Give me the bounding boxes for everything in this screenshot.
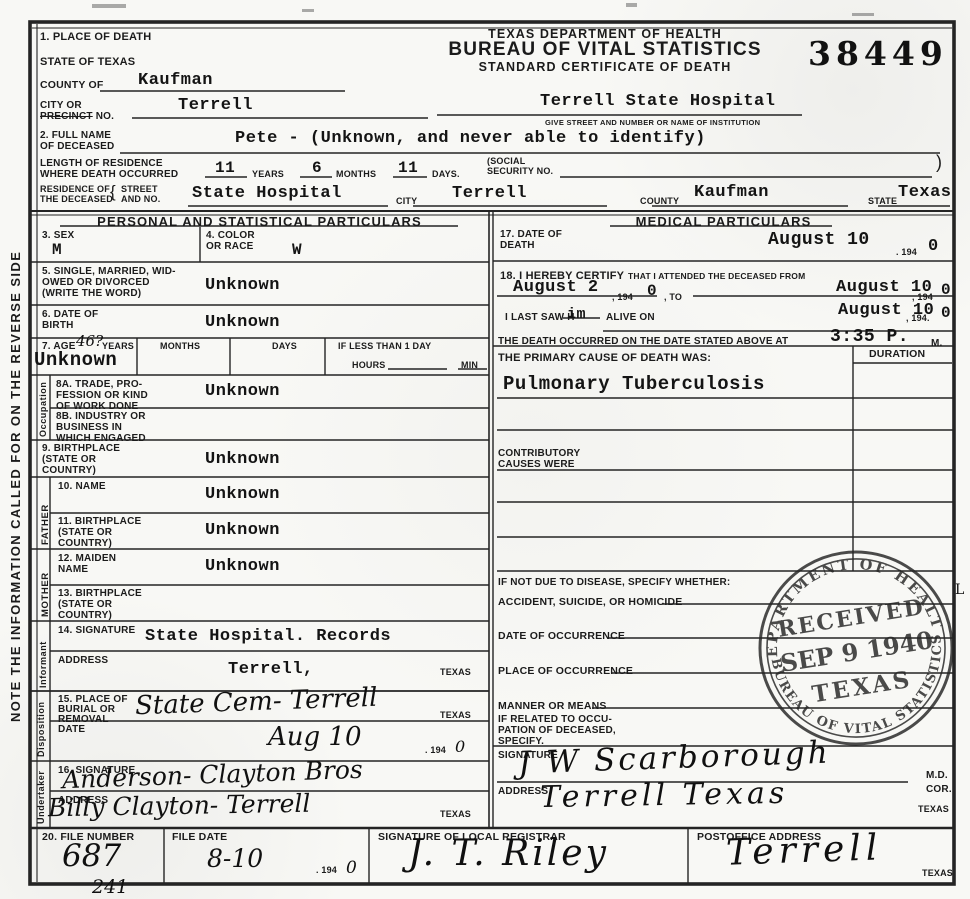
institution-value: Terrell State Hospital — [540, 92, 775, 111]
cor-label: COR. — [926, 784, 952, 795]
age-days-label: DAYS — [272, 341, 297, 351]
place-of-death-label: 1. PLACE OF DEATH — [40, 31, 151, 43]
dob-value: Unknown — [205, 313, 280, 332]
birthplace-label1: 9. BIRTHPLACE — [42, 443, 120, 454]
county2-value: Kaufman — [694, 183, 769, 202]
color-label2: OR RACE — [206, 241, 254, 252]
ssn-label1: (SOCIAL — [487, 156, 525, 166]
sex-value: M — [52, 241, 62, 259]
contributory-label1: CONTRIBUTORY — [498, 448, 580, 459]
mother-bp-label1: 13. BIRTHPLACE — [58, 588, 142, 599]
age-value: Unknown — [34, 349, 117, 371]
address14-label: ADDRESS — [58, 655, 108, 666]
residence-of-label2: THE DECEASED — [40, 194, 113, 204]
signature14-value: State Hospital. Records — [145, 627, 391, 646]
mother-name-value: Unknown — [205, 557, 280, 576]
informant-side-label: Informant — [38, 641, 48, 688]
attended-from-year-printed: , 194 — [612, 292, 633, 302]
date15-value: Aug 10 — [268, 722, 362, 752]
dod-label1: 17. DATE OF — [500, 229, 562, 240]
disposition-side-label: Disposition — [36, 701, 46, 757]
mother-bp-label3: COUNTRY) — [58, 610, 112, 621]
contributory-label2: CAUSES WERE — [498, 459, 575, 470]
residence-of-label1: RESIDENCE OF — [40, 184, 110, 194]
mother-side-label: MOTHER — [40, 572, 51, 617]
primary-cause-label: THE PRIMARY CAUSE OF DEATH WAS: — [498, 352, 711, 364]
address16-value: Billy Clayton- Terrell — [48, 789, 311, 823]
precinct-no-label: PRECINCT NO. — [40, 111, 114, 122]
certify-label-small: THAT I ATTENDED THE DECEASED FROM — [628, 272, 805, 282]
county2-label: COUNTY — [640, 196, 679, 206]
marital-label3: (WRITE THE WORD) — [42, 288, 141, 299]
precinct-rest: NO. — [96, 111, 114, 122]
death-certificate-scan: NOTE THE INFORMATION CALLED FOR ON THE R… — [0, 0, 970, 899]
attended-to-year-typed: 0 — [941, 281, 951, 299]
file-number-value: 687 — [62, 838, 121, 874]
father-name-label: 10. NAME — [58, 481, 106, 492]
city-value: Terrell — [178, 96, 253, 115]
job-label2: FESSION OR KIND — [56, 390, 148, 401]
postoffice-state-label: TEXAS — [922, 868, 953, 878]
months-label: MONTHS — [336, 169, 376, 179]
file-date-year-printed: . 194 — [316, 865, 337, 875]
father-bp-label1: 11. BIRTHPLACE — [58, 516, 141, 527]
accident-label: ACCIDENT, SUICIDE, OR HOMICIDE — [498, 597, 683, 609]
lastsaw-label1: I LAST SAW H — [505, 312, 575, 323]
date15-label: DATE — [58, 724, 85, 735]
street-label1: STREET — [121, 184, 158, 194]
received-stamp: DEPARTMENT OF HEALTH BUREAU OF VITAL STA… — [735, 528, 970, 769]
institution-hint: GIVE STREET AND NUMBER OR NAME OF INSTIT… — [545, 119, 760, 127]
file-date-label: FILE DATE — [172, 832, 227, 844]
days-label: DAYS. — [432, 169, 460, 179]
father-bp-label2: (STATE OR — [58, 527, 112, 538]
industry-label2: BUSINESS IN — [56, 422, 122, 433]
job-value: Unknown — [205, 382, 280, 401]
personal-section-title: PERSONAL AND STATISTICAL PARTICULARS — [30, 214, 489, 229]
years-value: 11 — [215, 159, 235, 177]
city-or-label: CITY OR — [40, 100, 82, 111]
medical-section-title: MEDICAL PARTICULARS — [493, 214, 954, 229]
date-occurrence-label: DATE OF OCCURRENCE — [498, 631, 625, 643]
marital-label2: OWED OR DIVORCED — [42, 277, 150, 288]
age-months-label: MONTHS — [160, 341, 200, 351]
street-value: State Hospital — [192, 184, 342, 203]
county-label: COUNTY OF — [40, 80, 103, 92]
related-label2: PATION OF DECEASED, — [498, 725, 616, 736]
marital-value: Unknown — [205, 276, 280, 295]
manner-means-label: MANNER OR MEANS — [498, 701, 607, 713]
bureau-title: BUREAU OF VITAL STATISTICS — [430, 39, 780, 61]
years-label: YEARS — [252, 169, 284, 179]
address14-value: Terrell, — [228, 660, 314, 679]
fullname-label1: 2. FULL NAME — [40, 130, 111, 141]
attended-to-label: , TO — [664, 292, 682, 302]
dod-label2: DEATH — [500, 240, 535, 251]
address14-state-label: TEXAS — [440, 667, 471, 677]
birthplace-value: Unknown — [205, 450, 280, 469]
signature14-label: 14. SIGNATURE — [58, 625, 135, 636]
color-value: W — [292, 241, 302, 259]
sex-label: 3. SEX — [42, 230, 74, 241]
place-occurrence-label: PLACE OF OCCURRENCE — [498, 666, 633, 678]
stray-mark-bottom-left: 241 — [92, 876, 128, 898]
attended-from-value: August 2 — [513, 278, 599, 297]
city2-label: CITY — [396, 196, 417, 206]
age-less-label: IF LESS THAN 1 DAY — [338, 341, 431, 351]
birthplace-label2: (STATE OR — [42, 454, 96, 465]
file-date-year-hand: 0 — [346, 858, 357, 878]
duration-label: DURATION — [869, 349, 925, 361]
state2-value: Texas — [898, 183, 952, 202]
date15-year-hand: 0 — [455, 737, 465, 756]
months-value: 6 — [312, 159, 322, 177]
dod-value: August 10 — [768, 230, 870, 250]
birthplace-label3: COUNTRY) — [42, 465, 96, 476]
age-handwritten-value: 46? — [76, 332, 103, 350]
address16-state-label: TEXAS — [440, 809, 471, 819]
residence-length-label1: LENGTH OF RESIDENCE — [40, 158, 163, 169]
stray-mark-right: L — [955, 582, 964, 598]
mother-name-label1: 12. MAIDEN — [58, 553, 116, 564]
dod-year-typed: 0 — [928, 237, 939, 256]
burial-state-label: TEXAS — [440, 710, 471, 720]
mother-name-label2: NAME — [58, 564, 88, 575]
registrar-signature-value: J. T. Riley — [408, 833, 609, 874]
father-side-label: FATHER — [40, 504, 51, 545]
father-bp-label3: COUNTRY) — [58, 538, 112, 549]
certificate-number: 38449 — [808, 34, 948, 73]
postoffice-value: Terrell — [725, 827, 883, 873]
margin-note: NOTE THE INFORMATION CALLED FOR ON THE R… — [8, 251, 23, 722]
street-label2: AND NO. — [121, 194, 160, 204]
dob-label2: BIRTH — [42, 320, 74, 331]
standard-title: STANDARD CERTIFICATE OF DEATH — [430, 60, 780, 74]
lastsaw-year-printed: , 194. — [906, 313, 930, 323]
residence-length-label2: WHERE DEATH OCCURRED — [40, 169, 178, 180]
mother-bp-label2: (STATE OR — [58, 599, 112, 610]
meridiem-label: M. — [931, 338, 943, 349]
age-min-label: MIN — [461, 360, 478, 370]
time-of-death-value: 3:35 P. — [830, 327, 909, 347]
county-value: Kaufman — [138, 71, 213, 90]
primary-cause-value: Pulmonary Tuberculosis — [503, 373, 765, 395]
lastsaw-year-typed: 0 — [941, 304, 951, 322]
state-of-texas-label: STATE OF TEXAS — [40, 56, 135, 68]
lastsaw-label2: ALIVE ON — [606, 312, 655, 323]
state2-label: STATE — [868, 196, 897, 206]
date15-year-printed: . 194 — [425, 745, 446, 755]
fullname-value: Pete - (Unknown, and never able to ident… — [235, 129, 706, 148]
md-label: M.D. — [926, 770, 948, 781]
dod-year-printed: . 194 — [896, 247, 917, 257]
undertaker-side-label: Undertaker — [36, 770, 46, 824]
marital-label1: 5. SINGLE, MARRIED, WID- — [42, 266, 176, 277]
age-hours-label: HOURS — [352, 360, 386, 370]
days-value: 11 — [398, 159, 418, 177]
death-occurred-label: THE DEATH OCCURRED ON THE DATE STATED AB… — [498, 336, 788, 347]
physician-address-value: Terrell Texas — [540, 776, 789, 815]
occupation-side-label: Occupation — [38, 381, 48, 437]
related-label1: IF RELATED TO OCCU- — [498, 714, 612, 725]
if-not-disease-label: IF NOT DUE TO DISEASE, SPECIFY WHETHER: — [498, 577, 730, 588]
file-date-value: 8-10 — [207, 844, 263, 873]
ssn-label2: SECURITY NO. — [487, 166, 553, 176]
father-name-value: Unknown — [205, 485, 280, 504]
job-label1: 8A. TRADE, PRO- — [56, 379, 142, 390]
dob-label1: 6. DATE OF — [42, 309, 98, 320]
stamp-state-text: TEXAS — [810, 666, 914, 708]
address19-state-label: TEXAS — [918, 804, 949, 814]
fullname-label2: OF DECEASED — [40, 141, 114, 152]
lastsaw-typed: im — [567, 306, 586, 323]
industry-label1: 8B. INDUSTRY OR — [56, 411, 146, 422]
city2-value: Terrell — [452, 184, 527, 203]
father-bp-value: Unknown — [205, 521, 280, 540]
attended-from-year-typed: 0 — [647, 282, 657, 300]
residence-brace: { — [110, 182, 116, 201]
ssn-close-paren: ) — [936, 152, 942, 172]
precinct-strike: PRECINCT — [40, 111, 93, 122]
color-label1: 4. COLOR — [206, 230, 255, 241]
